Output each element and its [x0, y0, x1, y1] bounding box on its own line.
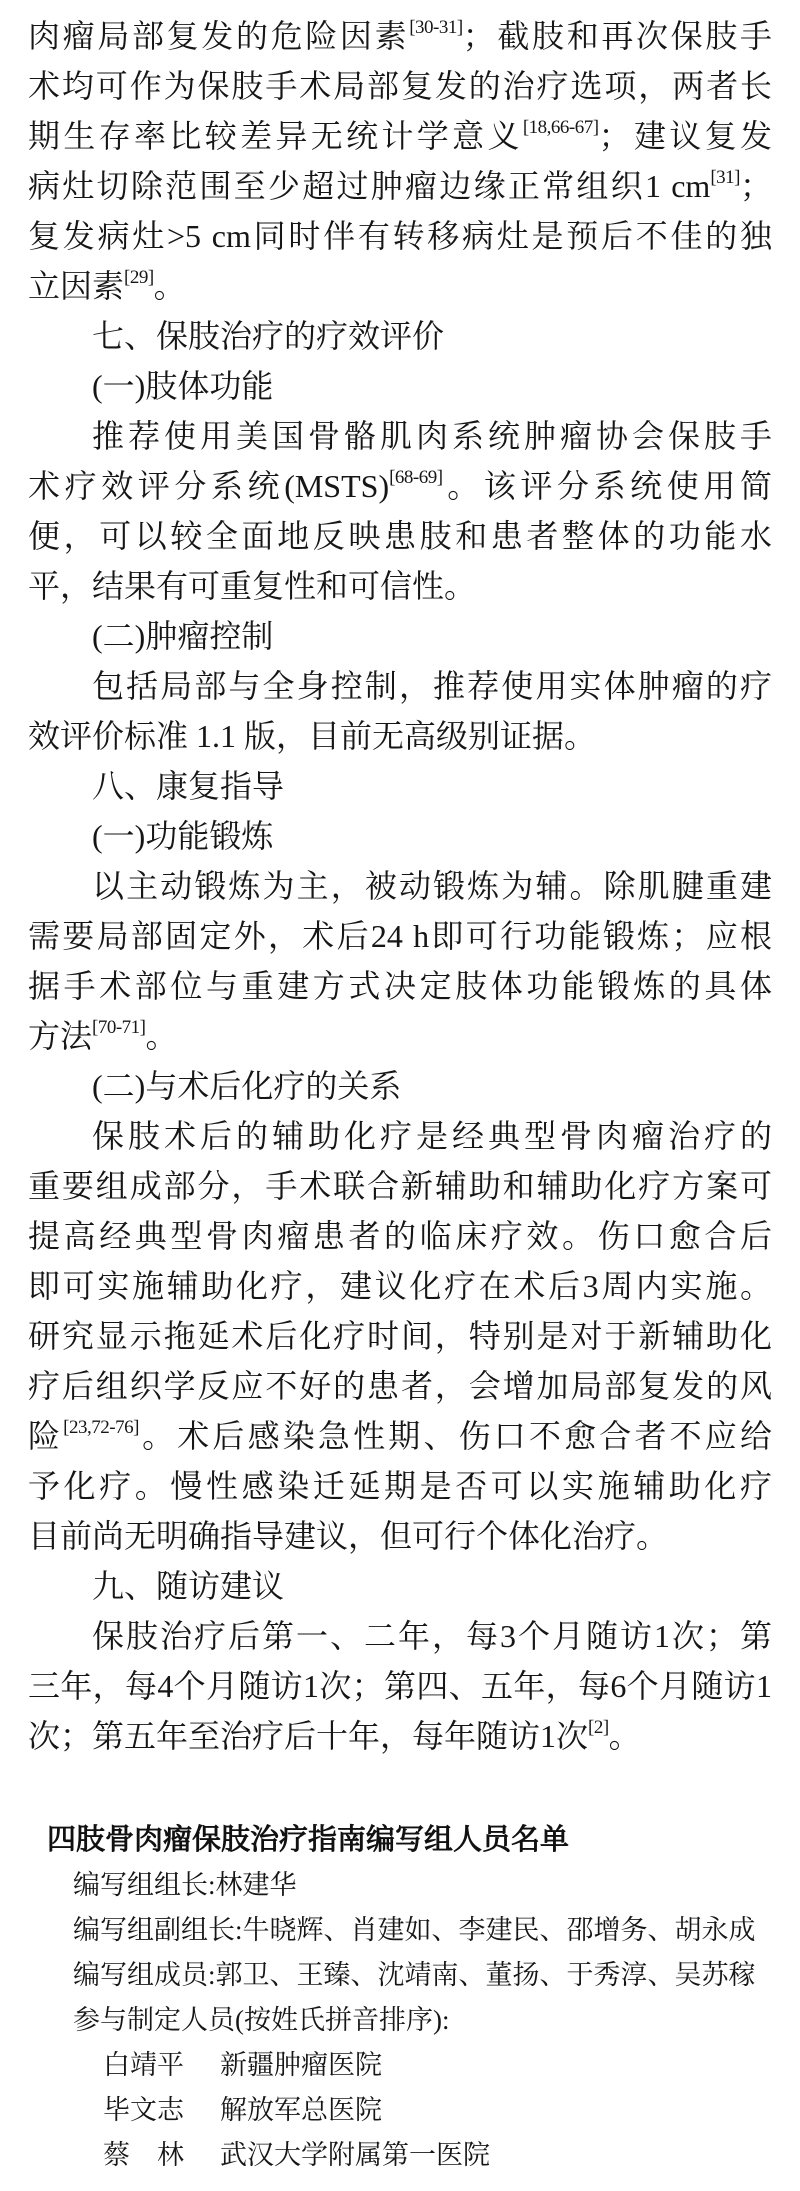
roster-line: 编写组成员:郭卫、王臻、沈靖南、董扬、于秀淳、吴苏稼 [73, 1953, 772, 1998]
text-segment: 三年，每4个月随访1次；第四、五年，每6个月随访1 [28, 1668, 772, 1704]
article-line: (二)与术后化疗的关系 [28, 1061, 772, 1111]
text-segment: 术均可作为保肢手术局部复发的治疗选项，两者长 [28, 68, 772, 104]
text-segment: 九、随访建议 [92, 1568, 284, 1604]
article-line: 据手术部位与重建方式决定肢体功能锻炼的具体 [28, 961, 772, 1011]
article-line: 疗后组织学反应不好的患者，会增加局部复发的风 [28, 1361, 772, 1411]
article-line: 三年，每4个月随访1次；第四、五年，每6个月随访1 [28, 1661, 772, 1711]
text-segment: ；建议复发 [599, 118, 772, 154]
text-segment: 立因素 [28, 268, 124, 304]
text-segment: 提高经典型骨肉瘤患者的临床疗效。伤口愈合后 [28, 1218, 772, 1254]
document-page: 肉瘤局部复发的危险因素[30-31]；截肢和再次保肢手术均可作为保肢手术局部复发… [0, 0, 800, 2191]
article-line: 期生存率比较差异无统计学意义[18,66-67]；建议复发 [28, 111, 772, 161]
article-line: 重要组成部分，手术联合新辅助和辅助化疗方案可 [28, 1161, 772, 1211]
text-segment: (一)功能锻炼 [92, 818, 273, 854]
article-line: 次；第五年至治疗后十年，每年随访1次[2]。 [28, 1711, 772, 1761]
roster-member-row: 白靖平新疆肿瘤医院 [103, 2043, 772, 2088]
member-name: 蔡 林 [103, 2133, 220, 2178]
member-name: 毕文志 [103, 2088, 220, 2133]
text-segment: 推荐使用美国骨骼肌肉系统肿瘤协会保肢手 [92, 418, 772, 454]
roster-heading: 四肢骨肉瘤保肢治疗指南编写组人员名单 [47, 1817, 772, 1863]
text-segment: 效评价标准 1.1 版，目前无高级别证据。 [28, 718, 596, 754]
text-segment: 。术后感染急性期、伤口不愈合者不应给 [139, 1418, 772, 1454]
roster-members: 白靖平新疆肿瘤医院毕文志解放军总医院蔡 林武汉大学附属第一医院 [28, 2043, 772, 2178]
reference-superscript: [23,72-76] [63, 1417, 139, 1438]
text-segment: 病灶切除范围至少超过肿瘤边缘正常组织1 cm [28, 168, 710, 204]
article-line: 即可实施辅助化疗，建议化疗在术后3周内实施。 [28, 1261, 772, 1311]
text-segment: 术疗效评分系统(MSTS) [28, 468, 389, 504]
article-line: 以主动锻炼为主，被动锻炼为辅。除肌腱重建 [28, 861, 772, 911]
article-line: (一)肢体功能 [28, 361, 772, 411]
roster-line: 编写组组长:林建华 [73, 1863, 772, 1908]
text-segment: 七、保肢治疗的疗效评价 [92, 318, 444, 354]
article-line: 提高经典型骨肉瘤患者的临床疗效。伤口愈合后 [28, 1211, 772, 1261]
text-segment: 研究显示拖延术后化疗时间，特别是对于新辅助化 [28, 1318, 772, 1354]
roster-line: 参与制定人员(按姓氏拼音排序): [73, 1998, 772, 2043]
article-line: (二)肿瘤控制 [28, 611, 772, 661]
roster-lines: 编写组组长:林建华编写组副组长:牛晓辉、肖建如、李建民、邵增务、胡永成编写组成员… [28, 1863, 772, 2043]
article-line: 八、康复指导 [28, 761, 772, 811]
article-line: 研究显示拖延术后化疗时间，特别是对于新辅助化 [28, 1311, 772, 1361]
roster-member-row: 蔡 林武汉大学附属第一医院 [103, 2133, 772, 2178]
reference-superscript: [2] [588, 1717, 609, 1738]
text-segment: 据手术部位与重建方式决定肢体功能锻炼的具体 [28, 968, 772, 1004]
text-segment: 包括局部与全身控制，推荐使用实体肿瘤的疗 [92, 668, 772, 704]
text-segment: (一)肢体功能 [92, 368, 273, 404]
text-segment: 予化疗。慢性感染迁延期是否可以实施辅助化疗 [28, 1468, 772, 1504]
roster-line: 编写组副组长:牛晓辉、肖建如、李建民、邵增务、胡永成 [73, 1908, 772, 1953]
article-line: 术疗效评分系统(MSTS)[68-69]。该评分系统使用简 [28, 461, 772, 511]
text-segment: 。该评分系统使用简 [443, 468, 772, 504]
article-line: 目前尚无明确指导建议，但可行个体化治疗。 [28, 1511, 772, 1561]
article-line: 九、随访建议 [28, 1561, 772, 1611]
reference-superscript: [30-31] [409, 17, 462, 38]
text-segment: 。 [154, 268, 186, 304]
text-segment: 。 [609, 1718, 641, 1754]
text-segment: 。 [146, 1018, 178, 1054]
text-segment: 期生存率比较差异无统计学意义 [28, 118, 523, 154]
article-line: 推荐使用美国骨骼肌肉系统肿瘤协会保肢手 [28, 411, 772, 461]
article-line: 予化疗。慢性感染迁延期是否可以实施辅助化疗 [28, 1461, 772, 1511]
text-segment: 次；第五年至治疗后十年，每年随访1次 [28, 1718, 588, 1754]
text-segment: 即可实施辅助化疗，建议化疗在术后3周内实施。 [28, 1268, 772, 1304]
reference-superscript: [68-69] [389, 467, 442, 488]
text-segment: 险 [28, 1418, 63, 1454]
text-segment: 平，结果有可重复性和可信性。 [28, 568, 476, 604]
article-line: 七、保肢治疗的疗效评价 [28, 311, 772, 361]
text-segment: ；截肢和再次保肢手 [463, 18, 772, 54]
roster-member-row: 毕文志解放军总医院 [103, 2088, 772, 2133]
text-segment: (二)肿瘤控制 [92, 618, 273, 654]
article-line: 效评价标准 1.1 版，目前无高级别证据。 [28, 711, 772, 761]
article-line: 保肢治疗后第一、二年，每3个月随访1次；第 [28, 1611, 772, 1661]
article-line: 包括局部与全身控制，推荐使用实体肿瘤的疗 [28, 661, 772, 711]
member-name: 白靖平 [103, 2043, 220, 2088]
text-segment: 保肢治疗后第一、二年，每3个月随访1次；第 [92, 1618, 772, 1654]
article-line: 平，结果有可重复性和可信性。 [28, 561, 772, 611]
article-line: 肉瘤局部复发的危险因素[30-31]；截肢和再次保肢手 [28, 11, 772, 61]
text-segment: 便，可以较全面地反映患肢和患者整体的功能水 [28, 518, 772, 554]
text-segment: ； [740, 168, 772, 204]
member-affiliation: 新疆肿瘤医院 [220, 2043, 772, 2088]
reference-superscript: [18,66-67] [523, 117, 599, 138]
article-line: 方法[70-71]。 [28, 1011, 772, 1061]
reference-superscript: [31] [710, 167, 740, 188]
article-line: 复发病灶>5 cm同时伴有转移病灶是预后不佳的独 [28, 211, 772, 261]
member-affiliation: 解放军总医院 [220, 2088, 772, 2133]
text-segment: 肉瘤局部复发的危险因素 [28, 18, 409, 54]
text-segment: 保肢术后的辅助化疗是经典型骨肉瘤治疗的 [92, 1118, 772, 1154]
article-line: 保肢术后的辅助化疗是经典型骨肉瘤治疗的 [28, 1111, 772, 1161]
text-segment: 目前尚无明确指导建议，但可行个体化治疗。 [28, 1518, 668, 1554]
reference-superscript: [70-71] [92, 1017, 145, 1038]
text-segment: 以主动锻炼为主，被动锻炼为辅。除肌腱重建 [92, 868, 772, 904]
article-line: 便，可以较全面地反映患肢和患者整体的功能水 [28, 511, 772, 561]
article-line: 病灶切除范围至少超过肿瘤边缘正常组织1 cm[31]； [28, 161, 772, 211]
text-segment: 需要局部固定外，术后24 h即可行功能锻炼；应根 [28, 918, 772, 954]
article-line: 立因素[29]。 [28, 261, 772, 311]
article-line: (一)功能锻炼 [28, 811, 772, 861]
member-affiliation: 武汉大学附属第一医院 [220, 2133, 772, 2178]
text-segment: (二)与术后化疗的关系 [92, 1068, 401, 1104]
article-line: 需要局部固定外，术后24 h即可行功能锻炼；应根 [28, 911, 772, 961]
text-segment: 复发病灶>5 cm同时伴有转移病灶是预后不佳的独 [28, 218, 772, 254]
article-body: 肉瘤局部复发的危险因素[30-31]；截肢和再次保肢手术均可作为保肢手术局部复发… [28, 11, 772, 1761]
roster-section: 四肢骨肉瘤保肢治疗指南编写组人员名单 编写组组长:林建华编写组副组长:牛晓辉、肖… [28, 1817, 772, 2178]
article-line: 术均可作为保肢手术局部复发的治疗选项，两者长 [28, 61, 772, 111]
text-segment: 重要组成部分，手术联合新辅助和辅助化疗方案可 [28, 1168, 772, 1204]
text-segment: 疗后组织学反应不好的患者，会增加局部复发的风 [28, 1368, 772, 1404]
article-line: 险[23,72-76]。术后感染急性期、伤口不愈合者不应给 [28, 1411, 772, 1461]
reference-superscript: [29] [124, 267, 154, 288]
text-segment: 方法 [28, 1018, 92, 1054]
text-segment: 八、康复指导 [92, 768, 284, 804]
